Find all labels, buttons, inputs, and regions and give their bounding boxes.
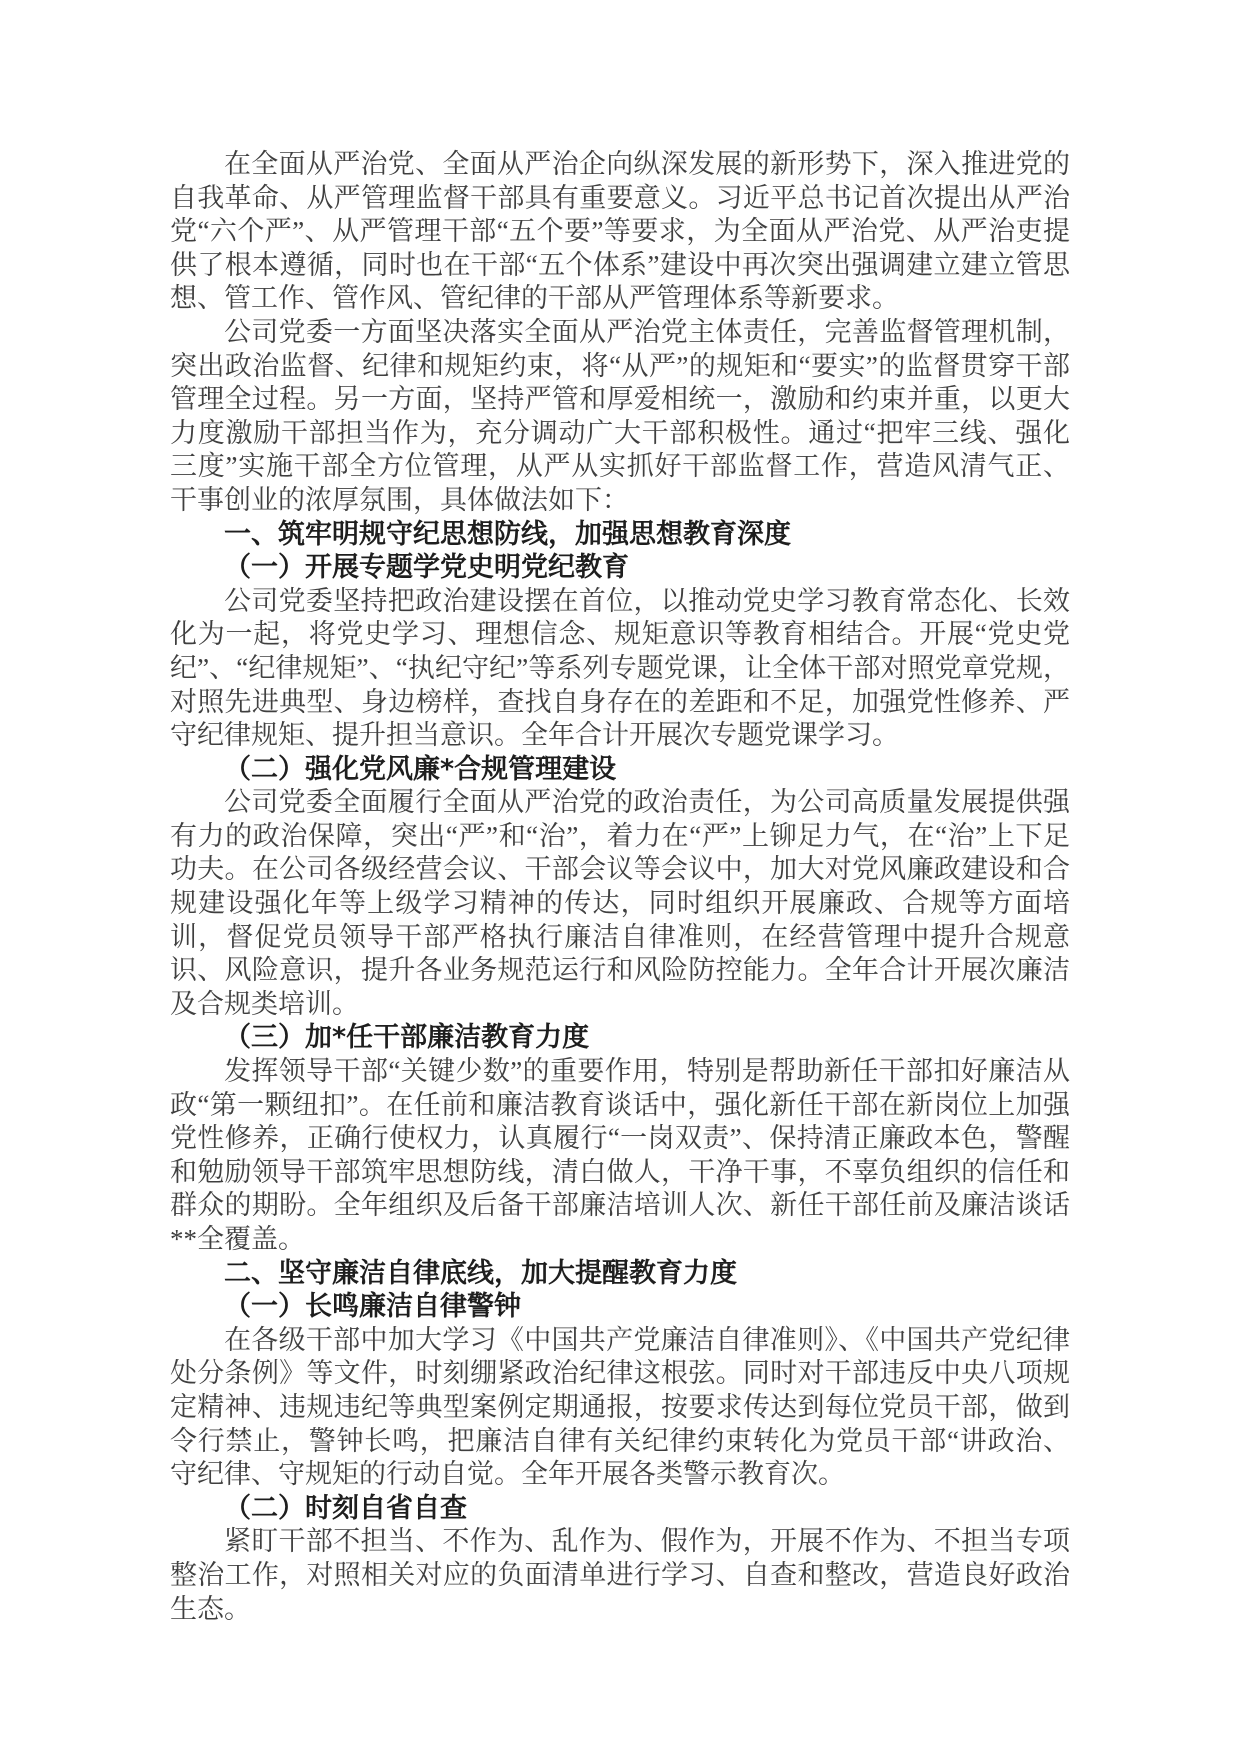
subsection-heading: （一）开展专题学党史明党纪教育: [170, 551, 1070, 585]
paragraph: 在全面从严治党、全面从严治企向纵深发展的新形势下，深入推进党的自我革命、从严管理…: [170, 148, 1070, 316]
section-heading: 一、筑牢明规守纪思想防线，加强思想教育深度: [170, 518, 1070, 552]
paragraph: 公司党委全面履行全面从严治党的政治责任，为公司高质量发展提供强有力的政治保障，突…: [170, 786, 1070, 1021]
paragraph: 在各级干部中加大学习《中国共产党廉洁自律准则》、《中国共产党纪律处分条例》等文件…: [170, 1324, 1070, 1492]
paragraph: 紧盯干部不担当、不作为、乱作为、假作为，开展不作为、不担当专项整治工作，对照相关…: [170, 1525, 1070, 1626]
subsection-heading: （三）加*任干部廉洁教育力度: [170, 1021, 1070, 1055]
document-body: 在全面从严治党、全面从严治企向纵深发展的新形势下，深入推进党的自我革命、从严管理…: [170, 148, 1070, 1626]
paragraph: 公司党委坚持把政治建设摆在首位，以推动党史学习教育常态化、长效化为一起，将党史学…: [170, 585, 1070, 753]
document-page: 在全面从严治党、全面从严治企向纵深发展的新形势下，深入推进党的自我革命、从严管理…: [0, 0, 1240, 1754]
paragraph: 公司党委一方面坚决落实全面从严治党主体责任，完善监督管理机制，突出政治监督、纪律…: [170, 316, 1070, 518]
section-heading: 二、坚守廉洁自律底线，加大提醒教育力度: [170, 1257, 1070, 1291]
subsection-heading: （二）强化党风廉*合规管理建设: [170, 753, 1070, 787]
subsection-heading: （二）时刻自省自查: [170, 1492, 1070, 1526]
subsection-heading: （一）长鸣廉洁自律警钟: [170, 1290, 1070, 1324]
paragraph: 发挥领导干部“关键少数”的重要作用，特别是帮助新任干部扣好廉洁从政“第一颗纽扣”…: [170, 1055, 1070, 1257]
